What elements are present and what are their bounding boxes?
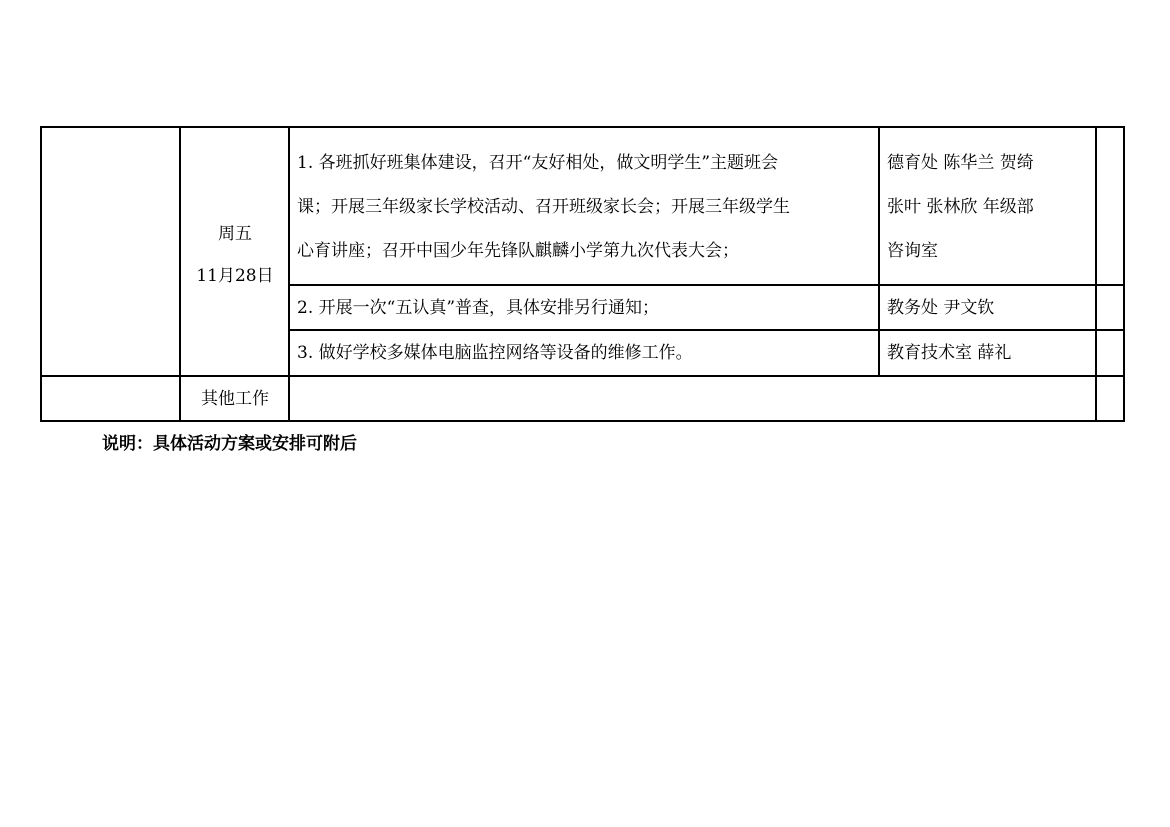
task-item-1: 1. 各班抓好班集体建设，召开“友好相处，做文明学生”主题班会 课；开展三年级家… — [297, 141, 790, 273]
task-owner-2: 教务处 尹文钦 — [887, 286, 994, 330]
weekly-schedule-table: 周五 11月28日 1. 各班抓好班集体建设，召开“友好相处，做文明学生”主题班… — [40, 126, 1125, 422]
other-work-label: 其他工作 — [181, 377, 289, 421]
day-cell: 周五 11月28日 — [181, 213, 289, 297]
task-owner-3: 教育技术室 薛礼 — [887, 331, 1011, 375]
task-item-3: 3. 做好学校多媒体电脑监控网络等设备的维修工作。 — [297, 331, 693, 375]
date-label: 11月28日 — [181, 255, 289, 297]
weekday-label: 周五 — [181, 213, 289, 255]
task-owner-1: 德育处 陈华兰 贺绮 张叶 张林欣 年级部 咨询室 — [887, 141, 1034, 273]
document-page: 周五 11月28日 1. 各班抓好班集体建设，召开“友好相处，做文明学生”主题班… — [0, 0, 1170, 827]
footnote: 说明：具体活动方案或安排可附后 — [102, 432, 357, 456]
column-divider — [878, 128, 880, 376]
task-item-2: 2. 开展一次“五认真”普查，具体安排另行通知； — [297, 286, 659, 330]
